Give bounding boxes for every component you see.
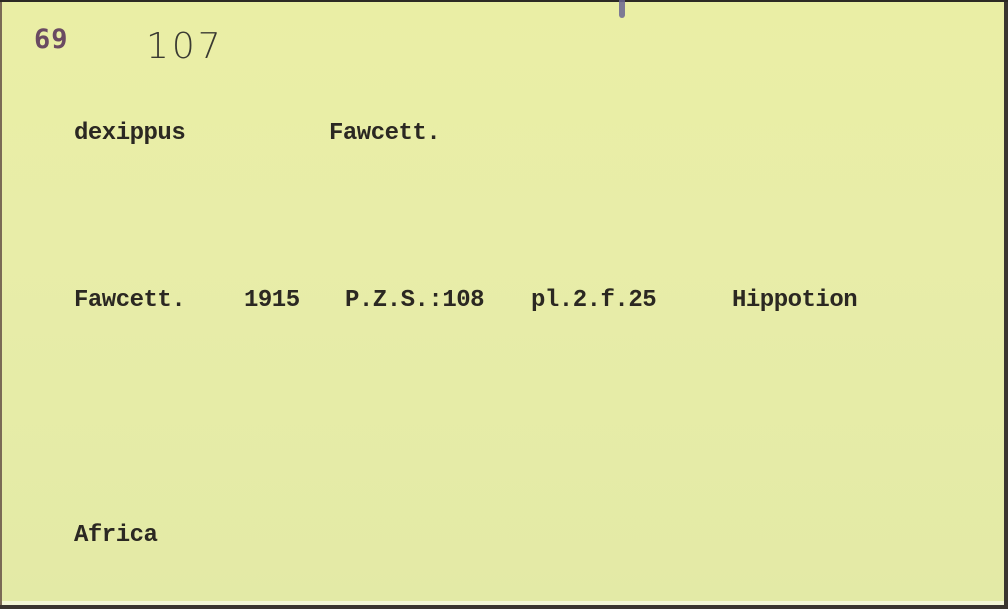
pin-mark bbox=[619, 0, 625, 18]
handwritten-number: 107 bbox=[146, 26, 224, 67]
reference-author: Fawcett. bbox=[74, 287, 185, 314]
region: Africa bbox=[74, 522, 157, 549]
species-name: dexippus bbox=[74, 120, 185, 147]
genus-name: Hippotion bbox=[732, 287, 857, 314]
stamp-number: 69 bbox=[34, 24, 69, 55]
reference-year: 1915 bbox=[244, 287, 300, 314]
reference-plate: pl.2.f.25 bbox=[531, 287, 656, 314]
index-card: 69 107 dexippus Fawcett. Fawcett. 1915 P… bbox=[0, 2, 1004, 605]
species-author: Fawcett. bbox=[329, 120, 440, 147]
reference-journal: P.Z.S.:108 bbox=[345, 287, 484, 314]
